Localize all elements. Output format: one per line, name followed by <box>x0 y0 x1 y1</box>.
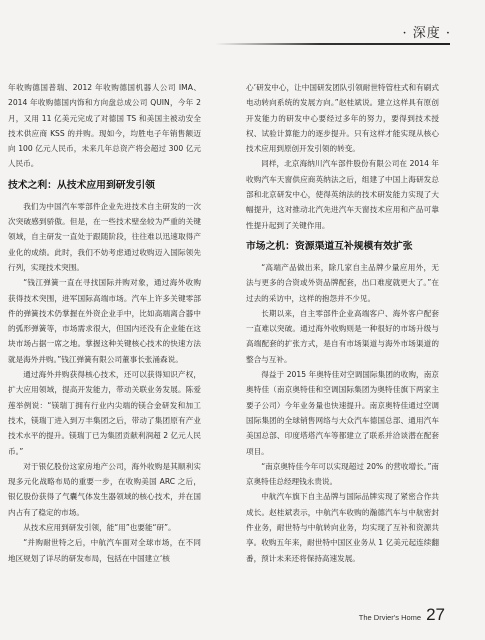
paragraph: 对于银亿股份这家房地产公司，海外收购是其顺利实现多元化战略布局的重要一步，在收购… <box>8 459 201 520</box>
paragraph: 长期以来，自主零部件企业高端客户、海外客户配套一直难以突破。通过海外收购则是一种… <box>246 306 439 367</box>
paragraph: 中航汽车旗下自主品牌与国际品牌实现了紧密合作共成长。赵桂斌表示，中航汽车收购的瀚… <box>246 489 439 565</box>
paragraph: “南京奥特佳今年可以实现超过 20% 的营收增长。”南京奥特佳总经理钱永贵说。 <box>246 459 439 490</box>
paragraph: “并购耐世特之后，中航汽车面对全球市场，在不同地区规划了详尽的研发布局，包括在中… <box>8 535 201 566</box>
paragraph: “高端产品做出来，除几家自主品牌少量应用外，无法与更多的合资或外资品牌配套，出口… <box>246 260 439 306</box>
paragraph: 从技术应用到研发引领，能“用”也要能“研”。 <box>8 520 201 535</box>
header-divider <box>215 43 450 45</box>
paragraph: 我们为中国汽车零部件企业先进技术自主研发的一次次突破感到骄傲。但是，在一些技术壁… <box>8 199 201 275</box>
paragraph: 得益于 2015 年奥特佳对空调国际集团的收购，南京奥特佳（南京奥特佳和空调国际… <box>246 367 439 459</box>
right-column: 心’研发中心，让中国研发团队引领耐世特管柱式和有刷式电动转向系统的发展方向。”赵… <box>246 80 439 566</box>
paragraph: “钱江弹簧一直在寻找国际并购对象，通过海外收购获得技术突围，进军国际高端市场。汽… <box>8 275 201 367</box>
paragraph: 通过海外并购获得核心技术，还可以获得知识产权，扩大应用领域，提高开发能力，带动关… <box>8 367 201 459</box>
section-title: · 深度 · <box>402 22 451 41</box>
page-number: 27 <box>426 605 445 625</box>
page-footer: The Drvier's Home 27 <box>359 605 445 625</box>
left-column: 年收购德国普瑞、2012 年收购德国机器人公司 IMA、2014 年收购德国内饰… <box>8 80 201 566</box>
paragraph: 年收购德国普瑞、2012 年收购德国机器人公司 IMA、2014 年收购德国内饰… <box>8 80 201 172</box>
subheading-technology: 技术之利：从技术应用到研发引领 <box>8 178 201 194</box>
paragraph: 心’研发中心，让中国研发团队引领耐世特管柱式和有刷式电动转向系统的发展方向。”赵… <box>246 80 439 156</box>
magazine-name: The Drvier's Home <box>359 613 421 622</box>
subheading-market: 市场之机：资源渠道互补规模有效扩张 <box>246 239 439 255</box>
paragraph: 同样，北京海纳川汽车部件股份有限公司在 2014 年收购汽车天窗供应商英纳法之后… <box>246 156 439 232</box>
